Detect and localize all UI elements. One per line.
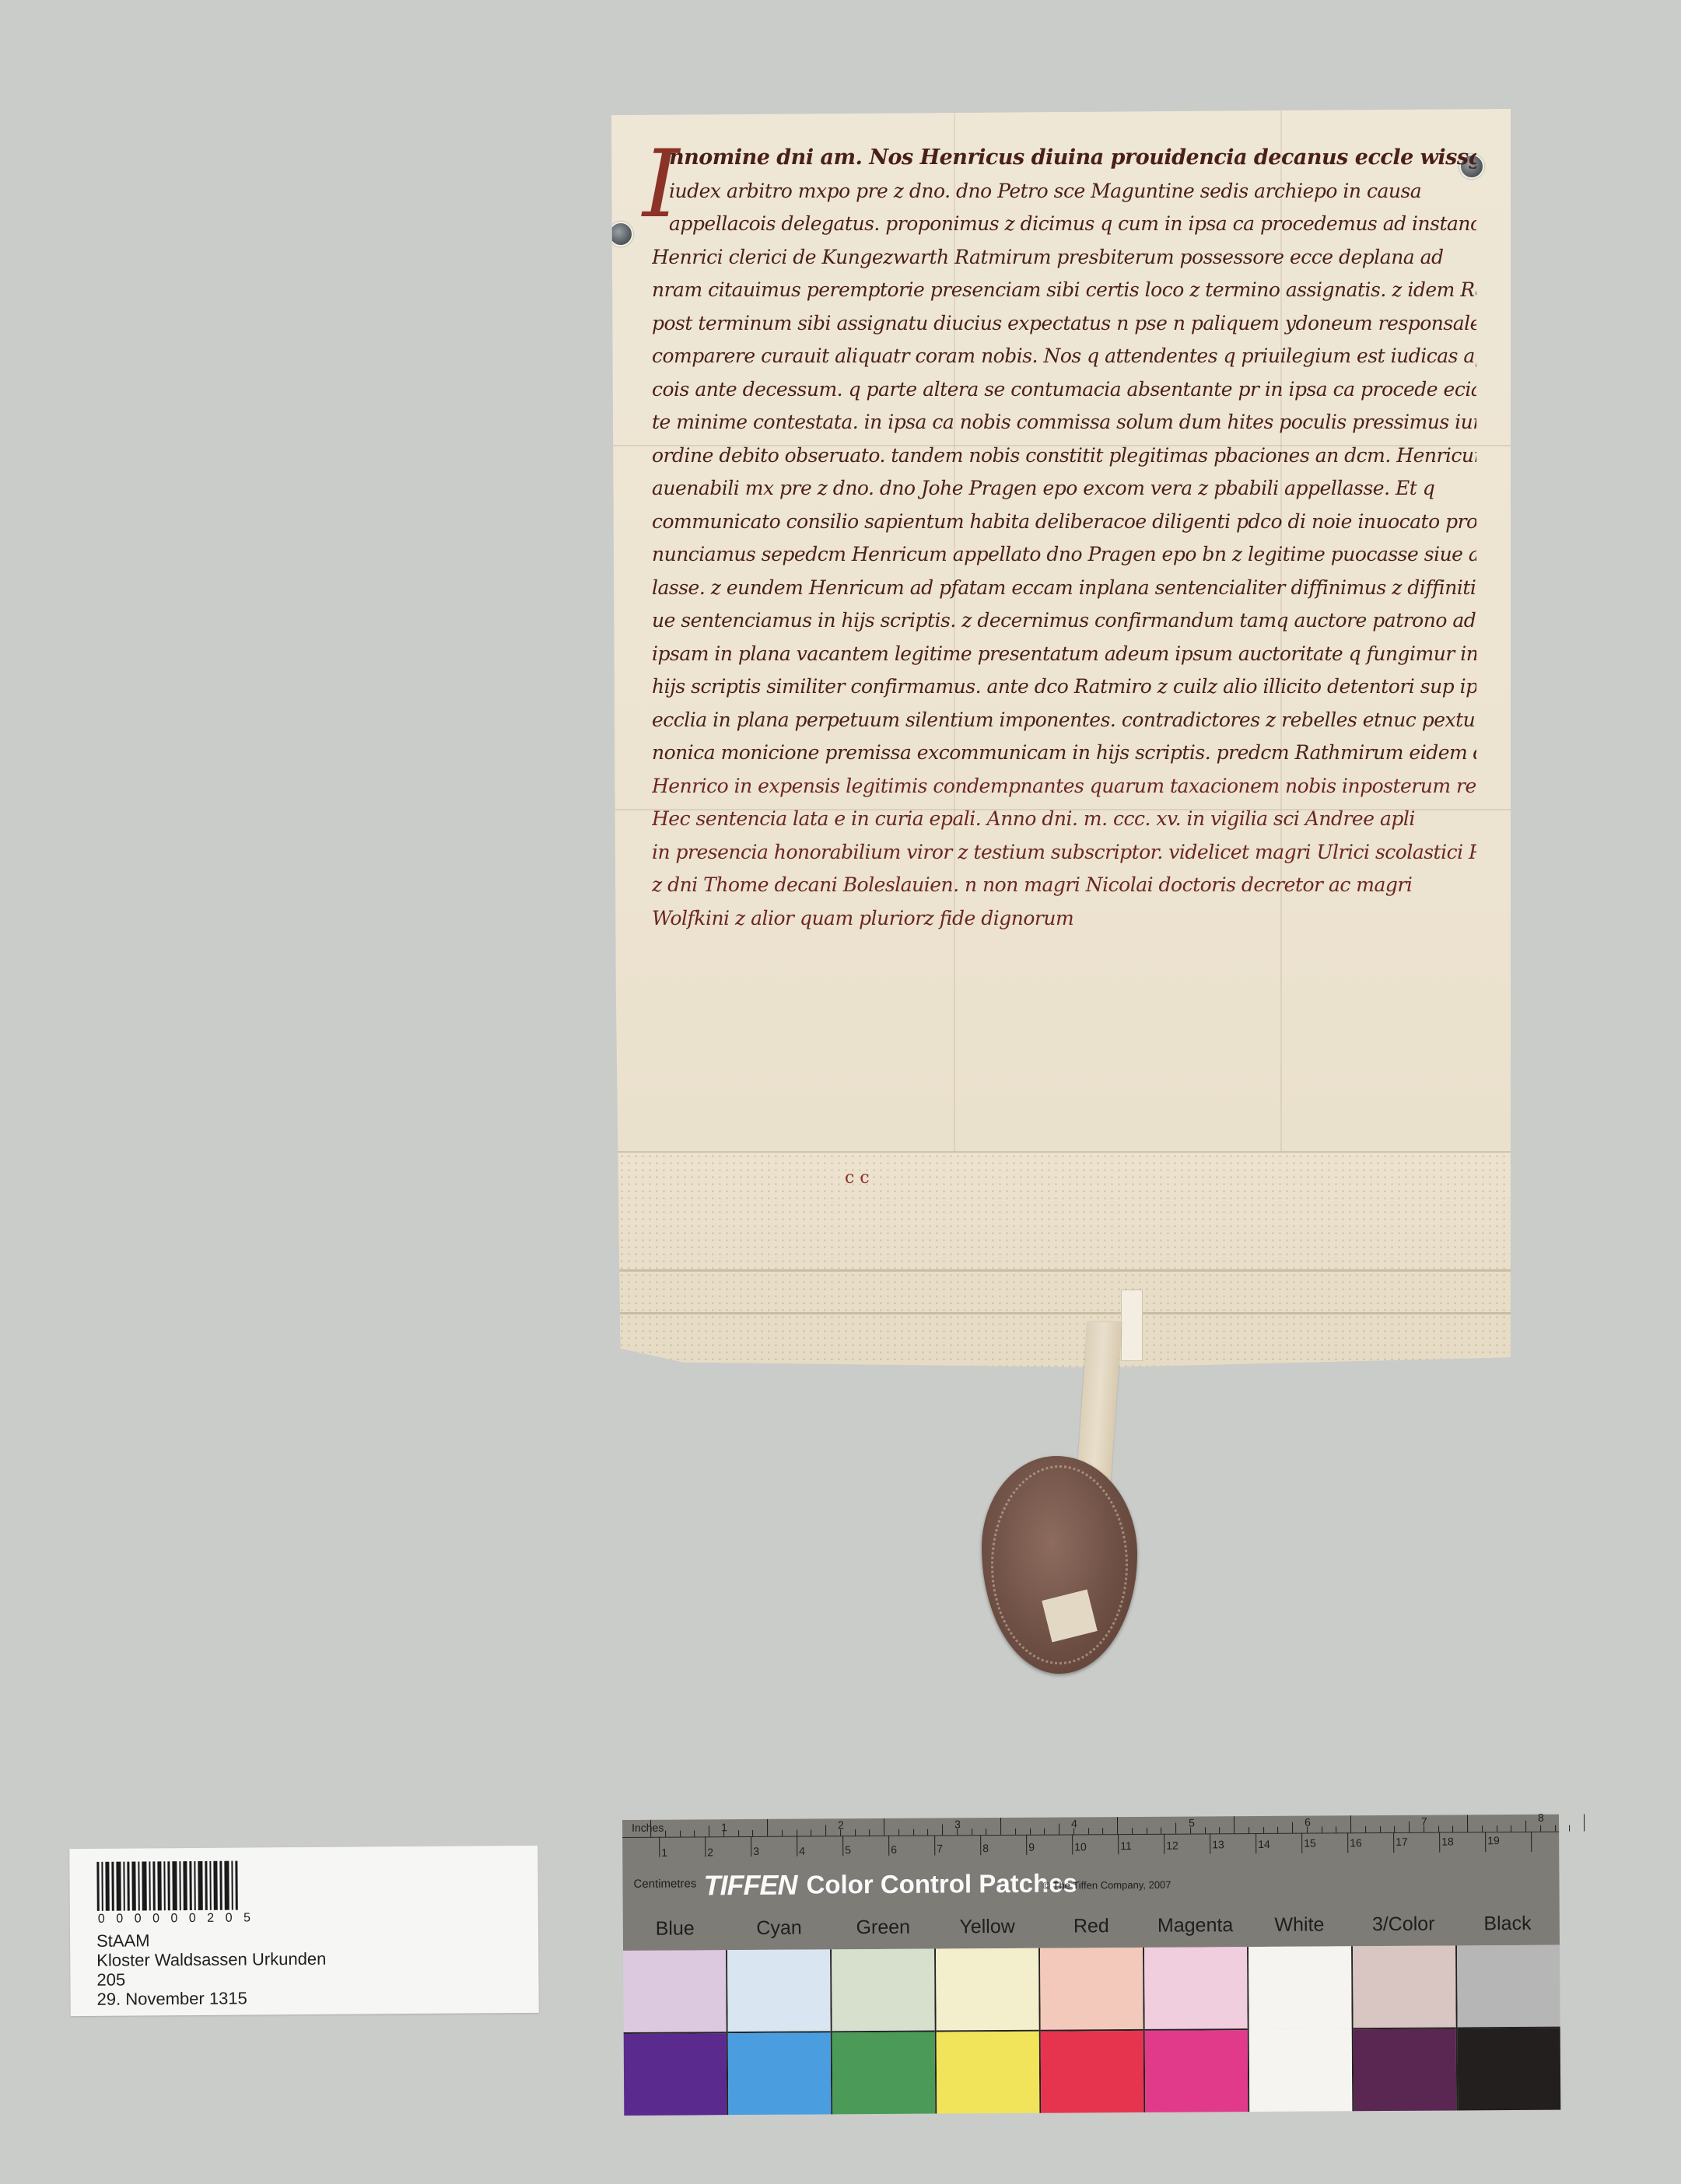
cm-tick-label: 7 <box>937 1842 943 1854</box>
ruler-tick <box>723 1830 724 1836</box>
patch-label: Green <box>831 1916 935 1948</box>
ruler-tick <box>1525 1821 1526 1832</box>
ruler-tick <box>1424 1826 1424 1832</box>
ruler-tick <box>1044 1829 1045 1835</box>
ruler-tick <box>1393 1832 1394 1853</box>
ruler-tick <box>1292 1822 1293 1833</box>
patch-light <box>1144 1947 1248 2031</box>
ruler-tick <box>1219 1827 1220 1833</box>
text-line: cois ante decessum. q parte altera se co… <box>652 373 1476 407</box>
ruler-tick <box>797 1836 797 1857</box>
ruler-tick <box>811 1830 811 1836</box>
text-line: nnomine dni am. Nos Henricus diuina prou… <box>652 142 1476 175</box>
cm-tick-label: 2 <box>707 1846 713 1858</box>
ruler-tick <box>913 1829 914 1836</box>
text-line: Hec sentencia lata e in curia epali. Ann… <box>652 803 1476 836</box>
text-line: z dni Thome decani Boleslauien. n non ma… <box>652 869 1476 902</box>
text-line: ue sentenciamus in hijs scriptis. z dece… <box>652 604 1476 638</box>
ruler-tick <box>1205 1827 1206 1833</box>
color-patch-yellow <box>936 1948 1041 2114</box>
ruler-tick <box>782 1830 783 1836</box>
text-line: hijs scriptis similiter confirmamus. ant… <box>652 670 1476 704</box>
text-line: in presencia honorabilium viror z testiu… <box>652 836 1476 870</box>
color-patch-black <box>1457 1945 1560 2111</box>
ruler-tick <box>1540 1825 1541 1832</box>
ruler-tick <box>1147 1828 1147 1834</box>
patch-label: Red <box>1039 1915 1143 1947</box>
cm-tick-label: 13 <box>1212 1838 1224 1850</box>
ruler-tick <box>1555 1825 1556 1832</box>
color-patch-white <box>1248 1946 1354 2112</box>
ruler-tick <box>1347 1832 1348 1853</box>
label-text: StAAM Kloster Waldsassen Urkunden 205 29… <box>96 1930 327 2009</box>
barcode-icon <box>96 1861 240 1911</box>
ruler-tick <box>840 1829 841 1836</box>
cm-tick-label: 15 <box>1304 1837 1316 1850</box>
ruler-tick <box>942 1824 943 1835</box>
patch-light <box>1248 1946 1352 2029</box>
ruler-tick <box>1117 1817 1118 1834</box>
patch-label: Blue <box>623 1917 727 1949</box>
ruler-tick <box>1467 1815 1468 1832</box>
ruler-tick <box>927 1829 928 1836</box>
patch-dark <box>1458 2028 1561 2111</box>
ruler-tick <box>1438 1826 1439 1832</box>
color-control-chart: Inches 1 2 3 4 5 6 7 8 1 2 3 4 5 6 7 8 9… <box>622 1815 1560 2116</box>
text-line: ordine debito obseruato. tandem nobis co… <box>652 439 1476 473</box>
ruler-tick <box>709 1825 709 1836</box>
marginal-marks: c c <box>845 1168 870 1188</box>
text-line: nram citauimus peremptorie presenciam si… <box>652 274 1476 307</box>
ruler-tick <box>680 1831 681 1837</box>
document-date: 29. November 1315 <box>97 1988 327 2009</box>
ruler-tick <box>855 1829 856 1836</box>
patch-labels: Blue Cyan Green Yellow Red Magenta White… <box>623 1913 1560 1949</box>
cm-tick-label: 8 <box>982 1842 989 1854</box>
ruler-tick <box>1336 1826 1336 1832</box>
cm-tick-label: 3 <box>753 1845 759 1857</box>
patch-light <box>936 1948 1039 2032</box>
tiffen-logo: TIFFEN <box>703 1869 797 1902</box>
ruler-tick <box>1350 1815 1351 1832</box>
collection-name: Kloster Waldsassen Urkunden <box>96 1949 326 1970</box>
text-line: appellacois delegatus. proponimus z dici… <box>652 208 1476 241</box>
charter-text: nnomine dni am. Nos Henricus diuina prou… <box>652 142 1476 935</box>
cm-tick-label: 1 <box>661 1846 667 1859</box>
patch-dark <box>832 2032 936 2115</box>
color-patch-cyan <box>727 1949 832 2115</box>
cm-tick-label: 14 <box>1258 1838 1270 1850</box>
text-line: te minime contestata. in ipsa ca nobis c… <box>652 406 1476 439</box>
ruler-tick <box>1190 1828 1191 1834</box>
cm-tick-label: 6 <box>891 1843 897 1856</box>
ruler-tick <box>842 1836 843 1856</box>
inch-tick-label: 7 <box>1421 1815 1427 1828</box>
ruler-tick <box>1409 1822 1410 1832</box>
text-line: post terminum sibi assignatu diucius exp… <box>652 307 1476 341</box>
cm-tick-label: 11 <box>1120 1839 1132 1852</box>
ruler-tick <box>738 1830 739 1836</box>
color-patch-green <box>832 1949 937 2115</box>
document-number: 205 <box>96 1969 326 1990</box>
ruler-tick <box>1088 1828 1089 1834</box>
ruler-tick <box>1497 1825 1497 1832</box>
ruler-tick <box>1263 1827 1264 1833</box>
ruler-tick <box>888 1836 889 1856</box>
ruler-tick <box>957 1829 958 1835</box>
patch-dark <box>937 2032 1040 2114</box>
ruler-tick <box>1248 1827 1249 1833</box>
ruler-tick <box>898 1829 899 1836</box>
color-patch-magenta <box>1144 1947 1249 2112</box>
ruler-tick <box>934 1836 935 1856</box>
patch-light <box>727 1949 831 2033</box>
inch-tick-label: 1 <box>721 1821 727 1833</box>
color-patch-blue <box>623 1950 728 2116</box>
patch-dark <box>1249 2028 1353 2112</box>
ruler-tick <box>1584 1814 1585 1831</box>
patch-label: Magenta <box>1143 1914 1248 1946</box>
ruler-tick <box>1102 1828 1103 1834</box>
cm-tick-label: 10 <box>1074 1840 1087 1853</box>
archive-label: 000000205 StAAM Kloster Waldsassen Urkun… <box>69 1846 538 2016</box>
patch-dark <box>728 2032 832 2115</box>
ruler-tick <box>797 1830 797 1836</box>
ruler-tick <box>1452 1825 1453 1832</box>
text-line: iudex arbitro mxpo pre z dno. dno Petro … <box>652 175 1476 208</box>
seal-tag-slit <box>1121 1290 1143 1361</box>
inch-tick-label: 8 <box>1538 1811 1544 1824</box>
text-line: lasse. z eundem Henricum ad pfatam eccam… <box>652 572 1476 605</box>
ruler-tick <box>1161 1828 1161 1834</box>
ruler-tick <box>1569 1825 1570 1832</box>
ruler-tick <box>665 1831 666 1837</box>
ruler-tick <box>1277 1827 1278 1833</box>
ruler-tick <box>659 1837 660 1857</box>
patch-dark <box>624 2033 727 2116</box>
patch-light <box>1457 1945 1560 2029</box>
inch-tick-label: 6 <box>1305 1816 1311 1829</box>
ruler-tick <box>1164 1834 1164 1854</box>
ruler-tick <box>1210 1833 1210 1853</box>
text-line: Henrico in expensis legitimis condempnan… <box>652 770 1476 803</box>
cm-tick-label: 5 <box>845 1843 851 1856</box>
inch-ruler: Inches <box>622 1815 1559 1838</box>
magnet-icon <box>608 222 633 247</box>
patch-light <box>623 1950 727 2034</box>
archive-name: StAAM <box>96 1930 326 1951</box>
ruler-tick <box>767 1819 768 1836</box>
cm-tick-label: 9 <box>1028 1841 1035 1853</box>
ruler-tick <box>1380 1826 1381 1832</box>
ruler-tick <box>1365 1826 1366 1832</box>
ruler-tick <box>1439 1832 1440 1853</box>
text-line: ipsam in plana vacantem legitime present… <box>652 638 1476 671</box>
ruler-tick <box>1511 1825 1511 1832</box>
ruler-tick <box>1255 1833 1256 1853</box>
ruler-tick <box>1175 1823 1176 1834</box>
inch-tick-label: 4 <box>1071 1817 1077 1829</box>
cm-tick-label: 17 <box>1396 1836 1408 1848</box>
text-line: nunciamus sepedcm Henricum appellato dno… <box>652 538 1476 572</box>
wax-seal <box>982 1456 1137 1674</box>
ruler-tick <box>752 1830 753 1836</box>
text-line: nonica monicione premissa excommunicam i… <box>652 737 1476 770</box>
ruler-tick <box>1394 1826 1395 1832</box>
ruler-tick <box>694 1830 695 1836</box>
patch-label: Cyan <box>727 1916 832 1948</box>
text-line: Wolfkini z alior quam pluriorz fide dign… <box>652 902 1476 936</box>
ruler-tick <box>972 1829 972 1835</box>
centimetres-label: Centimetres <box>633 1877 696 1890</box>
barcode-number: 000000205 <box>98 1911 262 1926</box>
ruler-tick <box>1322 1827 1322 1833</box>
inch-tick-label: 3 <box>954 1818 961 1830</box>
charter-parchment: I nnomine dni am. Nos Henricus diuina pr… <box>611 109 1511 1367</box>
text-line: auenabili mx pre z dno. dno Johe Pragen … <box>652 472 1476 506</box>
copyright-text: © The Tiffen Company, 2007 <box>1042 1879 1171 1892</box>
ruler-tick <box>869 1829 870 1836</box>
ruler-tick <box>1118 1834 1119 1854</box>
ruler-tick <box>884 1818 884 1836</box>
ruler-tick <box>825 1825 826 1836</box>
patch-dark <box>1041 2031 1144 2113</box>
patch-dark <box>1354 2028 1457 2111</box>
ruler-tick <box>705 1836 706 1857</box>
text-line: comparere curauit aliquatr coram nobis. … <box>652 340 1476 373</box>
ruler-tick <box>1059 1824 1059 1835</box>
patch-dark <box>1145 2030 1248 2112</box>
ruler-tick <box>1072 1834 1073 1854</box>
text-line: Henrici clerici de Kungezwarth Ratmirum … <box>652 241 1476 275</box>
text-line: ecclia in plana perpetuum silentium impo… <box>652 704 1476 737</box>
color-patch-red <box>1040 1948 1145 2113</box>
inches-label: Inches <box>632 1822 664 1834</box>
patch-label: Yellow <box>935 1916 1039 1948</box>
fold-line <box>611 1312 1511 1314</box>
patch-label: 3/Color <box>1351 1913 1455 1944</box>
chart-title: Color Control Patches <box>806 1868 1077 1899</box>
patch-label: White <box>1247 1913 1351 1945</box>
cm-tick-label: 18 <box>1441 1835 1454 1847</box>
ruler-tick <box>1234 1816 1234 1833</box>
ruler-tick <box>1301 1833 1302 1853</box>
cm-tick-label: 4 <box>799 1845 805 1857</box>
color-patches <box>623 1945 1560 2116</box>
ruler-tick <box>1073 1828 1074 1834</box>
patch-light <box>1353 1945 1456 2029</box>
text-line: communicato consilio sapientum habita de… <box>652 506 1476 539</box>
ruler-tick <box>751 1836 751 1857</box>
ruler-tick <box>1485 1832 1486 1852</box>
cm-tick-label: 16 <box>1350 1836 1362 1849</box>
ruler-tick <box>650 1820 651 1837</box>
ruler-tick <box>1030 1829 1031 1835</box>
patch-light <box>832 1949 935 2033</box>
inch-tick-label: 2 <box>838 1818 844 1831</box>
cm-tick-label: 19 <box>1487 1834 1500 1846</box>
plica-fold <box>611 1151 1511 1369</box>
ruler-tick <box>1015 1829 1016 1835</box>
color-patch-3-color <box>1353 1945 1458 2111</box>
ruler-tick <box>1307 1827 1308 1833</box>
ruler-tick <box>1482 1825 1483 1832</box>
chart-header: Inches 1 2 3 4 5 6 7 8 1 2 3 4 5 6 7 8 9… <box>622 1815 1560 1951</box>
cm-tick-label: 12 <box>1166 1839 1178 1852</box>
patch-light <box>1040 1948 1143 2032</box>
ruler-tick <box>1531 1832 1532 1852</box>
ruler-tick <box>1132 1828 1133 1834</box>
patch-label: Black <box>1455 1913 1560 1944</box>
ruler-tick <box>1026 1835 1027 1855</box>
ruler-tick <box>986 1829 986 1835</box>
fold-line <box>611 1269 1511 1272</box>
ruler-tick <box>1000 1818 1001 1835</box>
ruler-tick <box>980 1835 981 1855</box>
